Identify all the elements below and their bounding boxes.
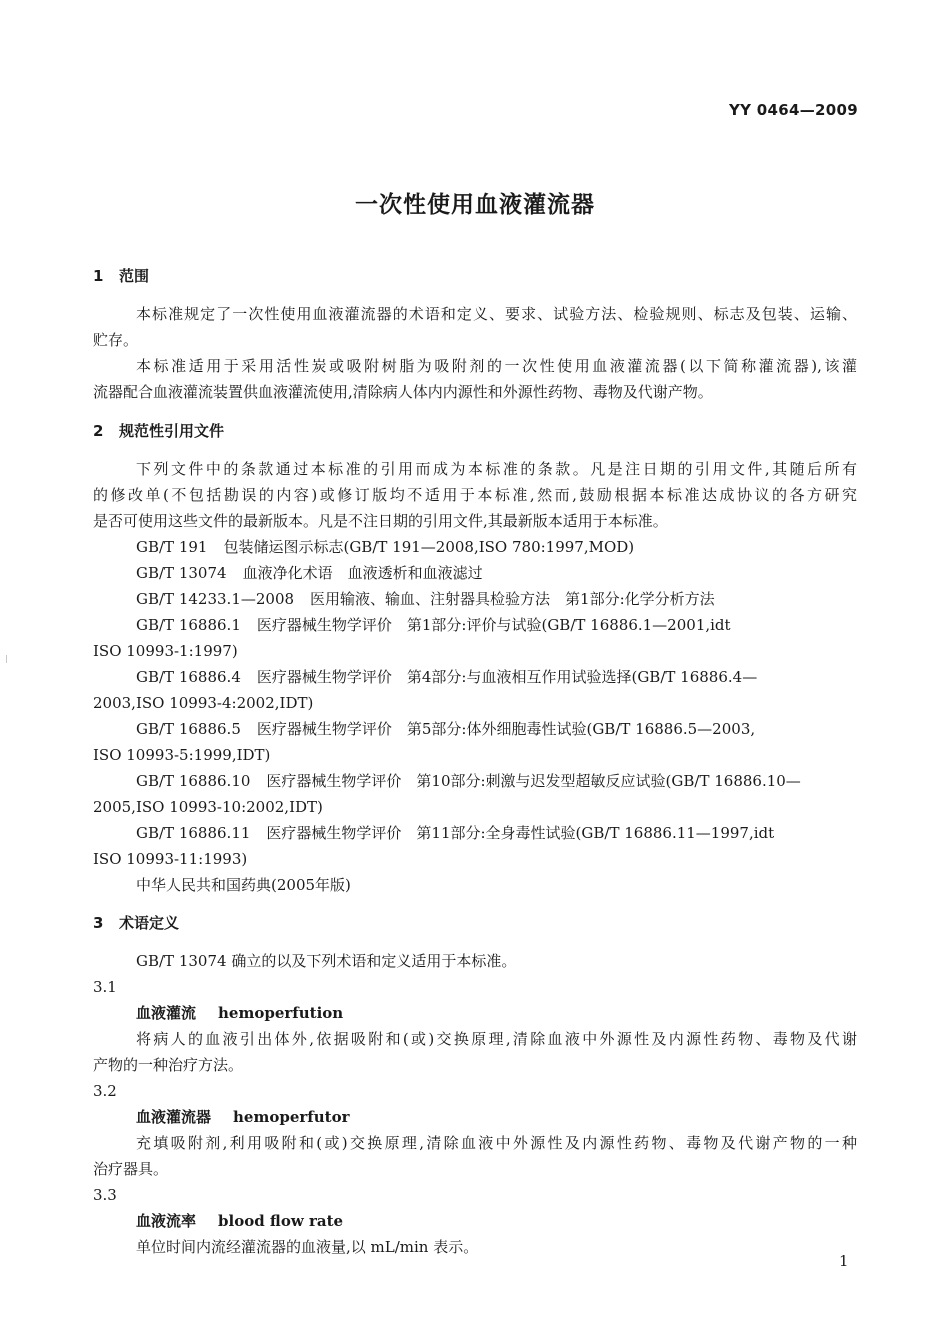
reference-item: GB/T 16886.1医疗器械生物学评价 第1部分:评价与试验(GB/T 16…: [136, 615, 731, 635]
reference-item: GB/T 14233.1—2008医用输液、输血、注射器具检验方法 第1部分:化…: [136, 589, 715, 609]
paragraph-line: 是否可使用这些文件的最新版本。凡是不注日期的引用文件,其最新版本适用于本标准。: [93, 511, 668, 531]
definition-line: 单位时间内流经灌流器的血液量,以 mL/min 表示。: [136, 1237, 478, 1257]
reference-item: GB/T 16886.10医疗器械生物学评价 第10部分:刺激与迟发型超敏反应试…: [136, 771, 801, 791]
term-heading: 血液流率blood flow rate: [136, 1211, 343, 1231]
reference-title: 医疗器械生物学评价 第4部分:与血液相互作用试验选择(GB/T 16886.4—: [257, 668, 757, 686]
term-zh: 血液灌流器: [136, 1108, 211, 1126]
paragraph-line: 贮存。: [93, 330, 138, 350]
paragraph-line: 本标准规定了一次性使用血液灌流器的术语和定义、要求、试验方法、检验规则、标志及包…: [136, 304, 857, 324]
section-title: 范围: [119, 267, 149, 285]
reference-title: 医用输液、输血、注射器具检验方法 第1部分:化学分析方法: [310, 590, 715, 608]
term-en: blood flow rate: [218, 1212, 343, 1230]
term-number: 3.2: [93, 1081, 117, 1101]
reference-continuation: ISO 10993-5:1999,IDT): [93, 745, 270, 765]
section-3-heading: 3术语定义: [93, 913, 179, 933]
reference-continuation: 2005,ISO 10993-10:2002,IDT): [93, 797, 323, 817]
definition-line: 治疗器具。: [93, 1159, 168, 1179]
reference-code: GB/T 16886.11: [136, 823, 250, 843]
definition-line: 充填吸附剂,利用吸附和(或)交换原理,清除血液中外源性及内源性药物、毒物及代谢产…: [136, 1133, 857, 1153]
section-title: 规范性引用文件: [119, 422, 224, 440]
section-number: 2: [93, 421, 119, 441]
standard-code: YY 0464—2009: [729, 101, 858, 119]
reference-code: GB/T 16886.10: [136, 771, 250, 791]
reference-continuation: ISO 10993-11:1993): [93, 849, 247, 869]
reference-title: 医疗器械生物学评价 第5部分:体外细胞毒性试验(GB/T 16886.5—200…: [257, 720, 755, 738]
term-en: hemoperfution: [218, 1004, 343, 1022]
term-number: 3.3: [93, 1185, 117, 1205]
reference-title: 医疗器械生物学评价 第11部分:全身毒性试验(GB/T 16886.11—199…: [266, 824, 774, 842]
page-number: 1: [839, 1252, 849, 1270]
section-title: 术语定义: [119, 914, 179, 932]
term-heading: 血液灌流hemoperfution: [136, 1003, 343, 1023]
paragraph-line: 的修改单(不包括勘误的内容)或修订版均不适用于本标准,然而,鼓励根据本标准达成协…: [93, 485, 857, 505]
term-zh: 血液流率: [136, 1212, 196, 1230]
paragraph-line: 下列文件中的条款通过本标准的引用而成为本标准的条款。凡是注日期的引用文件,其随后…: [136, 459, 857, 479]
reference-code: GB/T 16886.4: [136, 667, 241, 687]
reference-item: GB/T 16886.5医疗器械生物学评价 第5部分:体外细胞毒性试验(GB/T…: [136, 719, 755, 739]
reference-title: 医疗器械生物学评价 第10部分:刺激与迟发型超敏反应试验(GB/T 16886.…: [266, 772, 800, 790]
paragraph-line: 本标准适用于采用活性炭或吸附树脂为吸附剂的一次性使用血液灌流器(以下简称灌流器)…: [136, 356, 857, 376]
definition-line: 将病人的血液引出体外,依据吸附和(或)交换原理,清除血液中外源性及内源性药物、毒…: [136, 1029, 857, 1049]
reference-title: 中华人民共和国药典(2005年版): [136, 876, 351, 894]
reference-title: 包装储运图示标志(GB/T 191—2008,ISO 780:1997,MOD): [223, 538, 634, 556]
paragraph-line: GB/T 13074 确立的以及下列术语和定义适用于本标准。: [136, 951, 516, 971]
reference-code: GB/T 16886.1: [136, 615, 241, 635]
section-1-heading: 1范围: [93, 266, 149, 286]
document-title: 一次性使用血液灌流器: [0, 186, 950, 219]
section-2-heading: 2规范性引用文件: [93, 421, 224, 441]
section-number: 3: [93, 913, 119, 933]
document-page: YY 0464—2009 一次性使用血液灌流器 1范围 本标准规定了一次性使用血…: [0, 0, 950, 1344]
definition-line: 产物的一种治疗方法。: [93, 1055, 243, 1075]
reference-code: GB/T 13074: [136, 563, 227, 583]
scan-artifact: [6, 655, 7, 663]
term-number: 3.1: [93, 977, 117, 997]
section-number: 1: [93, 266, 119, 286]
term-heading: 血液灌流器hemoperfutor: [136, 1107, 349, 1127]
reference-item: GB/T 13074血液净化术语 血液透析和血液滤过: [136, 563, 483, 583]
reference-continuation: ISO 10993-1:1997): [93, 641, 238, 661]
reference-title: 医疗器械生物学评价 第1部分:评价与试验(GB/T 16886.1—2001,i…: [257, 616, 731, 634]
reference-item: 中华人民共和国药典(2005年版): [136, 875, 351, 895]
reference-continuation: 2003,ISO 10993-4:2002,IDT): [93, 693, 313, 713]
reference-code: GB/T 191: [136, 537, 207, 557]
reference-title: 血液净化术语 血液透析和血液滤过: [243, 564, 483, 582]
reference-item: GB/T 16886.4医疗器械生物学评价 第4部分:与血液相互作用试验选择(G…: [136, 667, 757, 687]
term-en: hemoperfutor: [233, 1108, 349, 1126]
paragraph-line: 流器配合血液灌流装置供血液灌流使用,清除病人体内内源性和外源性药物、毒物及代谢产…: [93, 382, 713, 402]
reference-code: GB/T 14233.1—2008: [136, 589, 294, 609]
reference-item: GB/T 16886.11医疗器械生物学评价 第11部分:全身毒性试验(GB/T…: [136, 823, 774, 843]
term-zh: 血液灌流: [136, 1004, 196, 1022]
reference-code: GB/T 16886.5: [136, 719, 241, 739]
reference-item: GB/T 191包装储运图示标志(GB/T 191—2008,ISO 780:1…: [136, 537, 634, 557]
